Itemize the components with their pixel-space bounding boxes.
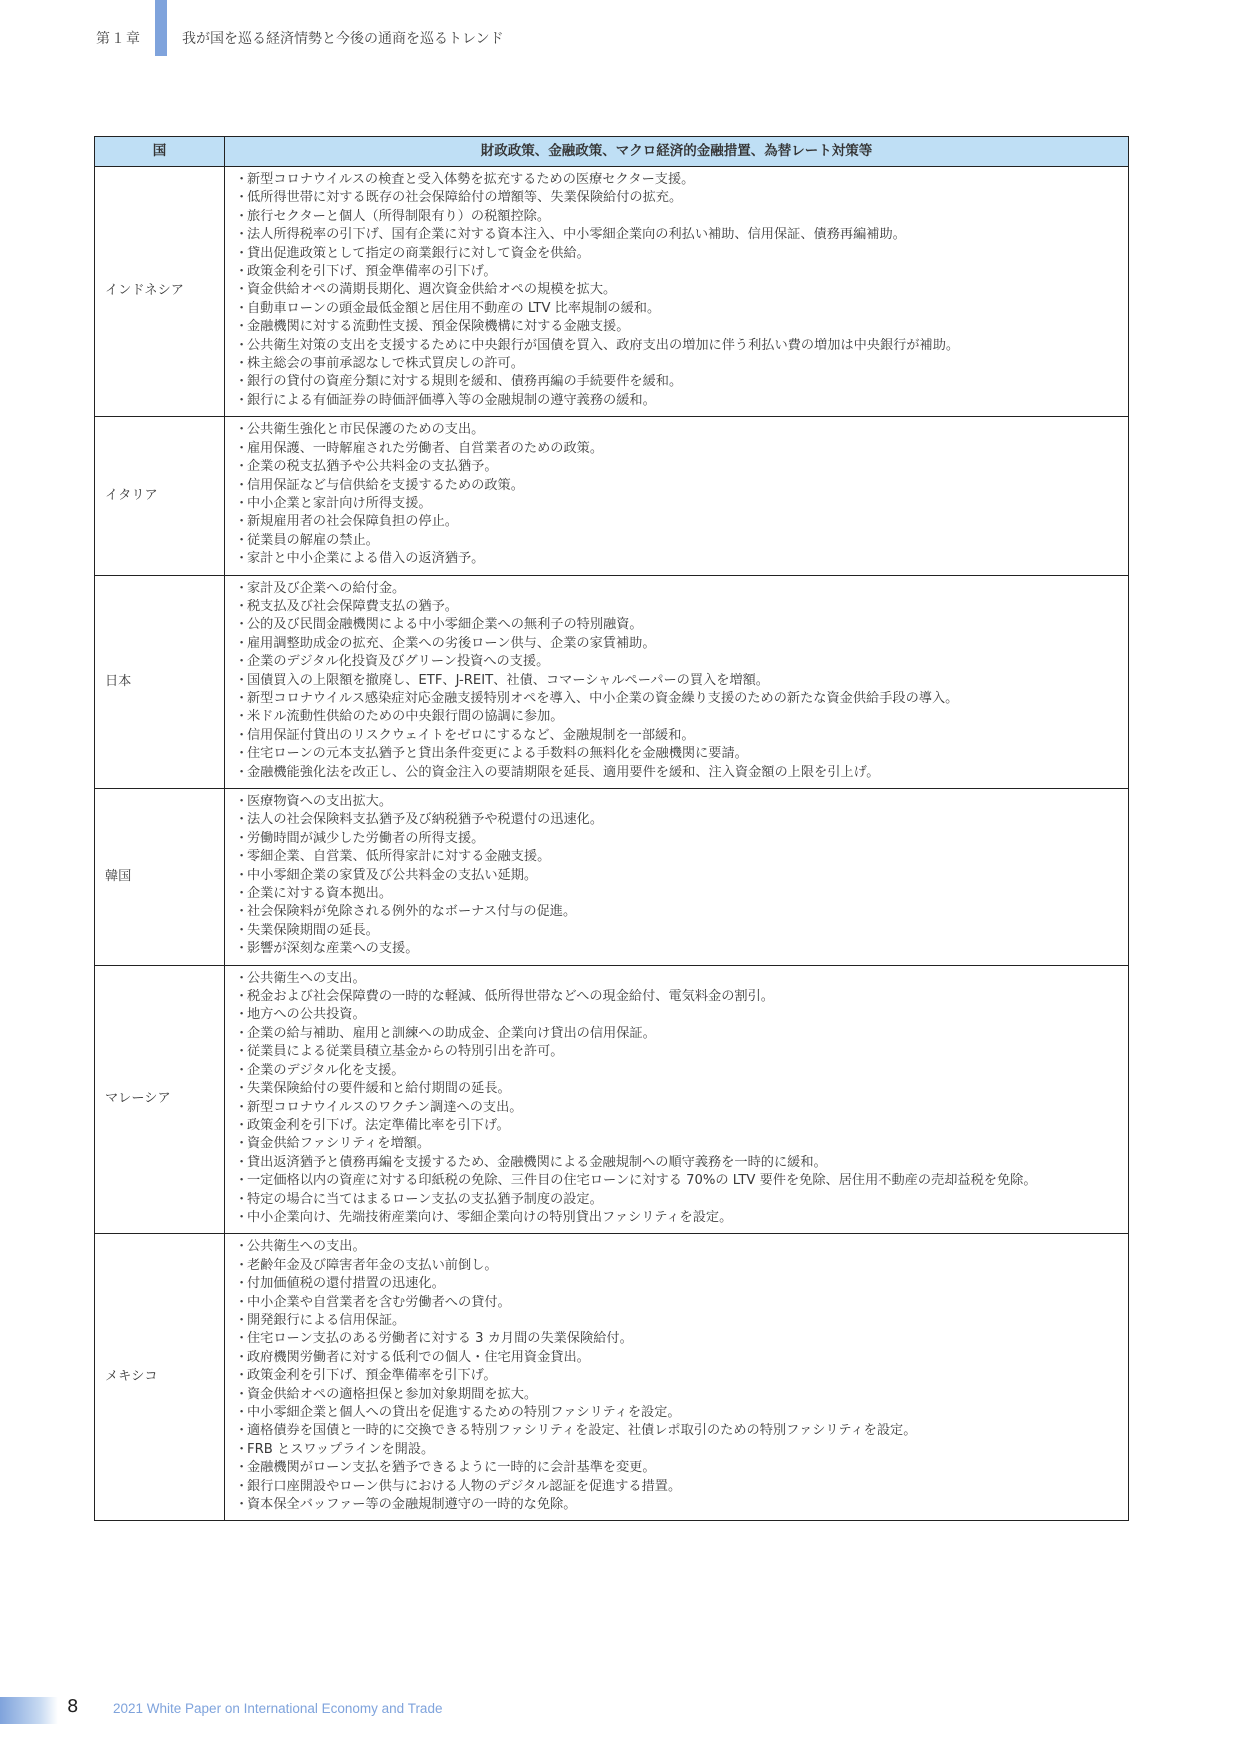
measure-item: 特定の場合に当てはまるローン支払の支払猶予制度の設定。 [235, 1191, 1120, 1209]
measure-item: 影響が深刻な産業への支援。 [235, 940, 1120, 958]
measure-item: 信用保証など与信供給を支援するための政策。 [235, 477, 1120, 495]
measure-item: 失業保険給付の要件緩和と給付期間の延長。 [235, 1080, 1120, 1098]
measure-item: 失業保険期間の延長。 [235, 922, 1120, 940]
measure-item: 企業の給与補助、雇用と訓練への助成金、企業向け貸出の信用保証。 [235, 1025, 1120, 1043]
measure-item: 資金供給オペの満期長期化、週次資金供給オペの規模を拡大。 [235, 281, 1120, 299]
measure-item: 中小企業と家計向け所得支援。 [235, 495, 1120, 513]
measure-item: 公共衛生への支出。 [235, 970, 1120, 988]
measure-item: 金融機関がローン支払を猶予できるように一時的に会計基準を変更。 [235, 1459, 1120, 1477]
measure-item: 新規雇用者の社会保障負担の停止。 [235, 513, 1120, 531]
measures-cell: 公共衛生への支出。老齢年金及び障害者年金の支払い前倒し。付加価値税の還付措置の迅… [225, 1234, 1129, 1521]
measure-item: 銀行口座開設やローン供与における人物のデジタル認証を促進する措置。 [235, 1478, 1120, 1496]
measure-item: 中小零細企業と個人への貸出を促進するための特別ファシリティを設定。 [235, 1404, 1120, 1422]
country-cell: メキシコ [95, 1234, 225, 1521]
table-row: 韓国医療物資への支出拡大。法人の社会保険料支払猶予及び納税猶予や税還付の迅速化。… [95, 789, 1129, 966]
measure-item: 新型コロナウイルスのワクチン調達への支出。 [235, 1099, 1120, 1117]
measure-item: 中小企業向け、先端技術産業向け、零細企業向けの特別貸出ファシリティを設定。 [235, 1209, 1120, 1227]
country-cell: マレーシア [95, 965, 225, 1234]
measure-item: 国債買入の上限額を撤廃し、ETF、J-REIT、社債、コマーシャルペーパーの買入… [235, 672, 1120, 690]
measure-item: FRB とスワップラインを開設。 [235, 1441, 1120, 1459]
measure-item: 零細企業、自営業、低所得家計に対する金融支援。 [235, 848, 1120, 866]
country-cell: インドネシア [95, 167, 225, 417]
measures-cell: 公共衛生への支出。税金および社会保障費の一時的な軽減、低所得世帯などへの現金給付… [225, 965, 1129, 1234]
measure-item: 企業に対する資本拠出。 [235, 885, 1120, 903]
publication-title: 2021 White Paper on International Econom… [113, 1701, 442, 1716]
measure-item: 低所得世帯に対する既存の社会保障給付の増額等、失業保険給付の拡充。 [235, 189, 1120, 207]
page-number: 8 [67, 1696, 78, 1717]
measure-item: 企業の税支払猶予や公共料金の支払猶予。 [235, 458, 1120, 476]
measure-item: 一定価格以内の資産に対する印紙税の免除、三件目の住宅ローンに対する 70%の L… [235, 1172, 1120, 1190]
measure-item: 資金供給ファシリティを増額。 [235, 1135, 1120, 1153]
measure-item: 従業員の解雇の禁止。 [235, 532, 1120, 550]
table-row: 日本家計及び企業への給付金。税支払及び社会保障費支払の猶予。公的及び民間金融機関… [95, 575, 1129, 788]
measure-item: 老齢年金及び障害者年金の支払い前倒し。 [235, 1257, 1120, 1275]
column-header-country: 国 [95, 137, 225, 167]
measure-item: 社会保険料が免除される例外的なボーナス付与の促進。 [235, 903, 1120, 921]
measure-item: 金融機能強化法を改正し、公的資金注入の要請期限を延長、適用要件を緩和、注入資金額… [235, 764, 1120, 782]
measure-item: 医療物資への支出拡大。 [235, 793, 1120, 811]
measure-item: 公共衛生対策の支出を支援するために中央銀行が国債を買入、政府支出の増加に伴う利払… [235, 337, 1120, 355]
chapter-accent-bar [155, 0, 167, 56]
measure-item: 株主総会の事前承認なしで株式買戻しの許可。 [235, 355, 1120, 373]
measure-item: 銀行の貸付の資産分類に対する規則を緩和、債務再編の手続要件を緩和。 [235, 373, 1120, 391]
measure-item: 中小企業や自営業者を含む労働者への貸付。 [235, 1294, 1120, 1312]
measure-item: 政策金利を引下げ、預金準備率の引下げ。 [235, 263, 1120, 281]
measure-item: 公共衛生への支出。 [235, 1238, 1120, 1256]
measure-item: 法人所得税率の引下げ、国有企業に対する資本注入、中小零細企業向の利払い補助、信用… [235, 226, 1120, 244]
table-row: マレーシア公共衛生への支出。税金および社会保障費の一時的な軽減、低所得世帯などへ… [95, 965, 1129, 1234]
measure-item: 住宅ローンの元本支払猶予と貸出条件変更による手数料の無料化を金融機関に要請。 [235, 745, 1120, 763]
policy-measures-table: 国 財政政策、金融政策、マクロ経済的金融措置、為替レート対策等 インドネシア新型… [94, 136, 1129, 1521]
measure-item: 貸出促進政策として指定の商業銀行に対して資金を供給。 [235, 245, 1120, 263]
measure-item: 新型コロナウイルス感染症対応金融支援特別オペを導入、中小企業の資金繰り支援のため… [235, 690, 1120, 708]
measure-item: 税支払及び社会保障費支払の猶予。 [235, 598, 1120, 616]
measure-item: 家計と中小企業による借入の返済猶予。 [235, 550, 1120, 568]
country-cell: 日本 [95, 575, 225, 788]
measure-item: 信用保証付貸出のリスクウェイトをゼロにするなど、金融規制を一部緩和。 [235, 727, 1120, 745]
footer-gradient-bar [0, 1697, 58, 1724]
measure-item: 政府機関労働者に対する低利での個人・住宅用資金貸出。 [235, 1349, 1120, 1367]
measure-item: 法人の社会保険料支払猶予及び納税猶予や税還付の迅速化。 [235, 811, 1120, 829]
measures-cell: 医療物資への支出拡大。法人の社会保険料支払猶予及び納税猶予や税還付の迅速化。労働… [225, 789, 1129, 966]
measure-item: 地方への公共投資。 [235, 1006, 1120, 1024]
measure-item: 付加価値税の還付措置の迅速化。 [235, 1275, 1120, 1293]
measure-item: 労働時間が減少した労働者の所得支援。 [235, 830, 1120, 848]
table-body: インドネシア新型コロナウイルスの検査と受入体勢を拡充するための医療セクター支援。… [95, 167, 1129, 1521]
measure-item: 適格債券を国債と一時的に交換できる特別ファシリティを設定、社債レポ取引のための特… [235, 1422, 1120, 1440]
country-cell: イタリア [95, 417, 225, 575]
measure-item: 従業員による従業員積立基金からの特別引出を許可。 [235, 1043, 1120, 1061]
measure-item: 税金および社会保障費の一時的な軽減、低所得世帯などへの現金給付、電気料金の割引。 [235, 988, 1120, 1006]
measure-item: 政策金利を引下げ、預金準備率を引下げ。 [235, 1367, 1120, 1385]
measure-item: 銀行による有価証券の時価評価導入等の金融規制の遵守義務の緩和。 [235, 392, 1120, 410]
measures-cell: 公共衛生強化と市民保護のための支出。雇用保護、一時解雇された労働者、自営業者のた… [225, 417, 1129, 575]
measure-item: 新型コロナウイルスの検査と受入体勢を拡充するための医療セクター支援。 [235, 171, 1120, 189]
chapter-title: 我が国を巡る経済情勢と今後の通商を巡るトレンド [182, 28, 504, 48]
measure-item: 雇用調整助成金の拡充、企業への劣後ローン供与、企業の家賃補助。 [235, 635, 1120, 653]
measures-cell: 新型コロナウイルスの検査と受入体勢を拡充するための医療セクター支援。低所得世帯に… [225, 167, 1129, 417]
measure-item: 雇用保護、一時解雇された労働者、自営業者のための政策。 [235, 440, 1120, 458]
column-header-measures: 財政政策、金融政策、マクロ経済的金融措置、為替レート対策等 [225, 137, 1129, 167]
measure-item: 家計及び企業への給付金。 [235, 580, 1120, 598]
measure-item: 貸出返済猶予と債務再編を支援するため、金融機関による金融規制への順守義務を一時的… [235, 1154, 1120, 1172]
measure-item: 企業のデジタル化を支援。 [235, 1062, 1120, 1080]
measure-item: 公共衛生強化と市民保護のための支出。 [235, 421, 1120, 439]
table-row: イタリア公共衛生強化と市民保護のための支出。雇用保護、一時解雇された労働者、自営… [95, 417, 1129, 575]
measure-item: 米ドル流動性供給のための中央銀行間の協調に参加。 [235, 708, 1120, 726]
measure-item: 金融機関に対する流動性支援、預金保険機構に対する金融支援。 [235, 318, 1120, 336]
table-header-row: 国 財政政策、金融政策、マクロ経済的金融措置、為替レート対策等 [95, 137, 1129, 167]
measure-item: 資本保全バッファー等の金融規制遵守の一時的な免除。 [235, 1496, 1120, 1514]
measure-item: 住宅ローン支払のある労働者に対する 3 カ月間の失業保険給付。 [235, 1330, 1120, 1348]
measure-item: 資金供給オペの適格担保と参加対象期間を拡大。 [235, 1386, 1120, 1404]
measure-item: 中小零細企業の家賃及び公共料金の支払い延期。 [235, 867, 1120, 885]
table-row: インドネシア新型コロナウイルスの検査と受入体勢を拡充するための医療セクター支援。… [95, 167, 1129, 417]
table-row: メキシコ公共衛生への支出。老齢年金及び障害者年金の支払い前倒し。付加価値税の還付… [95, 1234, 1129, 1521]
measure-item: 自動車ローンの頭金最低金額と居住用不動産の LTV 比率規制の緩和。 [235, 300, 1120, 318]
measure-item: 公的及び民間金融機関による中小零細企業への無利子の特別融資。 [235, 616, 1120, 634]
measure-item: 企業のデジタル化投資及びグリーン投資への支援。 [235, 653, 1120, 671]
measure-item: 開発銀行による信用保証。 [235, 1312, 1120, 1330]
country-cell: 韓国 [95, 789, 225, 966]
measures-cell: 家計及び企業への給付金。税支払及び社会保障費支払の猶予。公的及び民間金融機関によ… [225, 575, 1129, 788]
measure-item: 政策金利を引下げ。法定準備比率を引下げ。 [235, 1117, 1120, 1135]
chapter-number: 第１章 [96, 28, 141, 48]
measure-item: 旅行セクターと個人（所得制限有り）の税額控除。 [235, 208, 1120, 226]
